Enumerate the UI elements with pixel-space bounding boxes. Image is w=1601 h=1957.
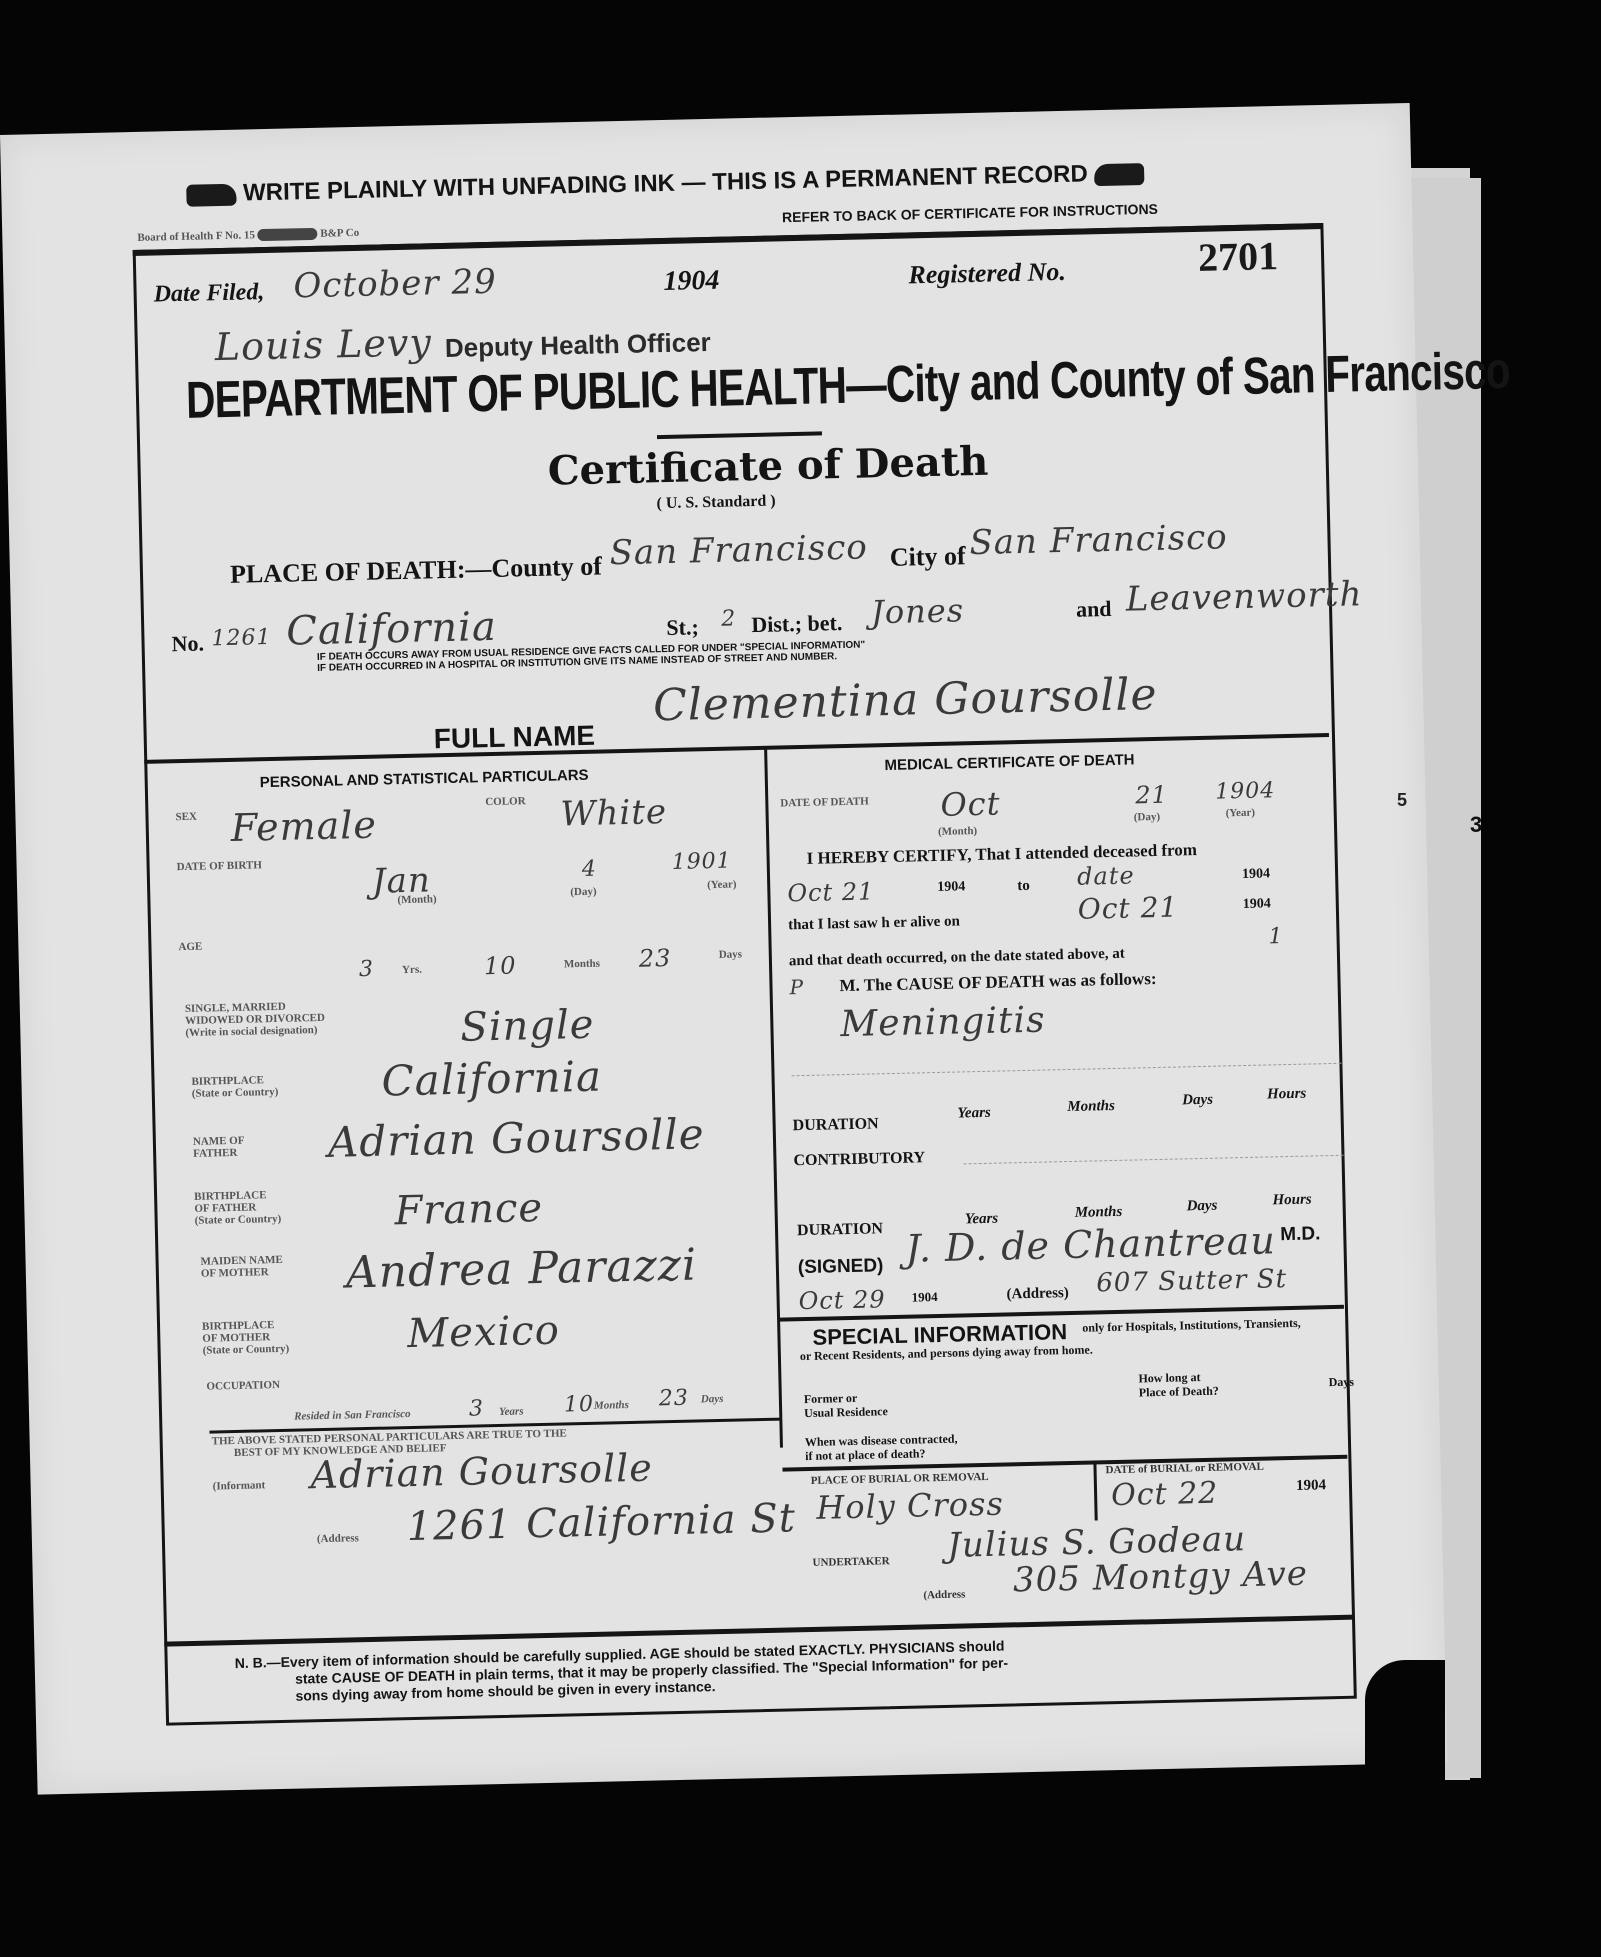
dod-label: DATE OF DEATH — [780, 795, 869, 809]
death-certificate: WRITE PLAINLY WITH UNFADING INK — THIS I… — [0, 103, 1447, 1795]
father-value: Adrian Goursolle — [327, 1109, 705, 1167]
cause-value: Meningitis — [840, 1000, 1046, 1046]
attended-from: Oct 21 — [787, 877, 875, 907]
registered-number: 2701 — [1198, 232, 1279, 281]
father-label: NAME OF FATHER — [193, 1135, 245, 1160]
date-filed-year: 1904 — [663, 265, 720, 298]
street-value: California — [286, 604, 497, 655]
banner-text: WRITE PLAINLY WITH UNFADING INK — THIS I… — [243, 160, 1088, 206]
resided-years: 3 — [469, 1396, 485, 1421]
officer-signature: Louis Levy — [214, 320, 432, 369]
registered-label: Registered No. — [908, 257, 1066, 291]
burial-year: 1904 — [1296, 1477, 1326, 1495]
duration2-months: Months — [1075, 1204, 1123, 1222]
undertaker-label: UNDERTAKER — [812, 1555, 889, 1569]
dod-month-caption: (Month) — [938, 825, 977, 838]
duration2-days: Days — [1186, 1198, 1217, 1216]
undertaker-address: 305 Montgy Ave — [1013, 1554, 1309, 1601]
dist-label: Dist.; bet. — [751, 610, 843, 638]
color-label: COLOR — [485, 795, 526, 808]
dob-year-caption: (Year) — [707, 878, 737, 891]
mother-label: MAIDEN NAME OF MOTHER — [200, 1254, 283, 1280]
md-label: M.D. — [1280, 1223, 1321, 1246]
age-months: 10 — [484, 951, 517, 980]
informant-address: 1261 California St — [406, 1495, 796, 1550]
dob-day: 4 — [582, 857, 598, 882]
date-filed-label: Date Filed, — [153, 279, 264, 309]
dob-month-caption: (Month) — [397, 893, 436, 906]
street-number: 1261 — [211, 625, 272, 651]
sex-label: SEX — [175, 811, 197, 823]
undertaker-address-label: (Address — [923, 1588, 965, 1601]
margin-mark: 5 — [1397, 790, 1407, 811]
certificate-subtitle: ( U. S. Standard ) — [656, 492, 776, 513]
pointing-hand-icon — [186, 183, 236, 206]
dod-year: 1904 — [1215, 778, 1276, 804]
resided-days: 23 — [659, 1386, 690, 1412]
between-street-1: Jones — [871, 591, 965, 631]
union-label-icon — [257, 228, 317, 241]
age-days: 23 — [639, 944, 672, 973]
signed-address: 607 Sutter St — [1096, 1264, 1287, 1298]
how-long-days-label: Days — [1328, 1375, 1354, 1391]
banner: WRITE PLAINLY WITH UNFADING INK — THIS I… — [186, 159, 1145, 209]
informant-value: Adrian Goursolle — [310, 1446, 653, 1498]
and-label: and — [1076, 596, 1112, 623]
age-years-caption: Yrs. — [402, 964, 422, 976]
dod-month: Oct — [940, 784, 1001, 823]
signed-address-label: (Address) — [1006, 1285, 1069, 1303]
father-birthplace-value: France — [394, 1185, 544, 1234]
officer-title: Deputy Health Officer — [445, 327, 711, 364]
st-label: St.; — [666, 614, 699, 641]
city-label: City of — [889, 541, 965, 573]
age-years: 3 — [359, 957, 375, 982]
burial-place-value: Holy Cross — [816, 1485, 1004, 1527]
district-value: 2 — [721, 606, 737, 631]
birthplace-value: California — [381, 1052, 603, 1106]
contributory-label: CONTRIBUTORY — [793, 1149, 925, 1170]
thumb-shadow — [1365, 1660, 1445, 1810]
certificate-title: Certificate of Death — [547, 438, 989, 495]
to-label: to — [1017, 878, 1030, 895]
duration-hours: Hours — [1267, 1086, 1307, 1104]
attended-to: date — [1077, 861, 1135, 890]
resided-years-caption: Years — [499, 1405, 524, 1418]
dod-year-caption: (Year) — [1226, 807, 1256, 820]
resided-days-caption: Days — [701, 1393, 724, 1406]
dod-day: 21 — [1135, 781, 1168, 810]
refer-note: REFER TO BACK OF CERTIFICATE FOR INSTRUC… — [782, 201, 1158, 226]
duration-years: Years — [957, 1105, 991, 1123]
signed-year: 1904 — [911, 1289, 937, 1306]
resided-months-caption: Months — [594, 1399, 629, 1412]
burial-date-value: Oct 22 — [1111, 1476, 1219, 1513]
color-value: White — [560, 792, 667, 834]
printer-line: Board of Health F No. 15 B&P Co — [137, 227, 359, 244]
cause-prefix: P — [789, 975, 804, 999]
former-residence-label: Former or Usual Residence — [804, 1390, 888, 1420]
marital-value: Single — [460, 1002, 595, 1051]
how-long-label: How long at Place of Death? — [1138, 1370, 1219, 1400]
attended-to-year: 1904 — [1242, 866, 1270, 883]
dob-label: DATE OF BIRTH — [177, 859, 262, 873]
age-days-caption: Days — [719, 948, 743, 961]
city-value: San Francisco — [969, 517, 1228, 563]
age-label: AGE — [178, 941, 202, 954]
duration2-label: DURATION — [797, 1220, 883, 1240]
date-filed-value: October 29 — [293, 262, 497, 307]
physician-signature: J. D. de Chantreau — [905, 1218, 1276, 1270]
informant-address-label: (Address — [317, 1532, 359, 1545]
occurred-time: 1 — [1268, 924, 1284, 949]
dod-day-caption: (Day) — [1134, 811, 1161, 824]
between-street-2: Leavenworth — [1125, 574, 1362, 619]
no-label: No. — [171, 631, 204, 658]
informant-label: (Informant — [213, 1479, 266, 1492]
duration-label: DURATION — [792, 1115, 878, 1135]
last-saw-year: 1904 — [1243, 896, 1271, 913]
mother-value: Andrea Parazzi — [345, 1239, 697, 1298]
birthplace-label: BIRTHPLACE (State or Country) — [191, 1074, 278, 1100]
mother-birthplace-value: Mexico — [407, 1308, 560, 1357]
occupation-label: OCCUPATION — [206, 1379, 280, 1393]
sex-value: Female — [230, 803, 377, 850]
father-birthplace-label: BIRTHPLACE OF FATHER (State or Country) — [194, 1189, 281, 1227]
resided-months: 10 — [564, 1392, 595, 1418]
pointing-hand-icon — [1094, 163, 1144, 186]
dob-day-caption: (Day) — [570, 886, 597, 899]
duration-days: Days — [1182, 1092, 1213, 1110]
mother-birthplace-label: BIRTHPLACE OF MOTHER (State or Country) — [202, 1319, 289, 1357]
last-saw-date: Oct 21 — [1077, 890, 1178, 925]
signed-label: (SIGNED) — [798, 1255, 884, 1279]
margin-mark: 3 — [1470, 812, 1482, 838]
age-months-caption: Months — [564, 958, 600, 971]
signed-date: Oct 29 — [798, 1285, 886, 1315]
duration2-hours: Hours — [1272, 1192, 1312, 1210]
dob-year: 1901 — [671, 849, 732, 875]
contracted-label: When was disease contracted, if not at p… — [805, 1432, 958, 1463]
attended-from-year: 1904 — [937, 879, 965, 896]
duration-months: Months — [1067, 1098, 1115, 1116]
marital-label: SINGLE, MARRIED WIDOWED OR DIVORCED (Wri… — [185, 1000, 326, 1039]
county-value: San Francisco — [609, 527, 868, 573]
